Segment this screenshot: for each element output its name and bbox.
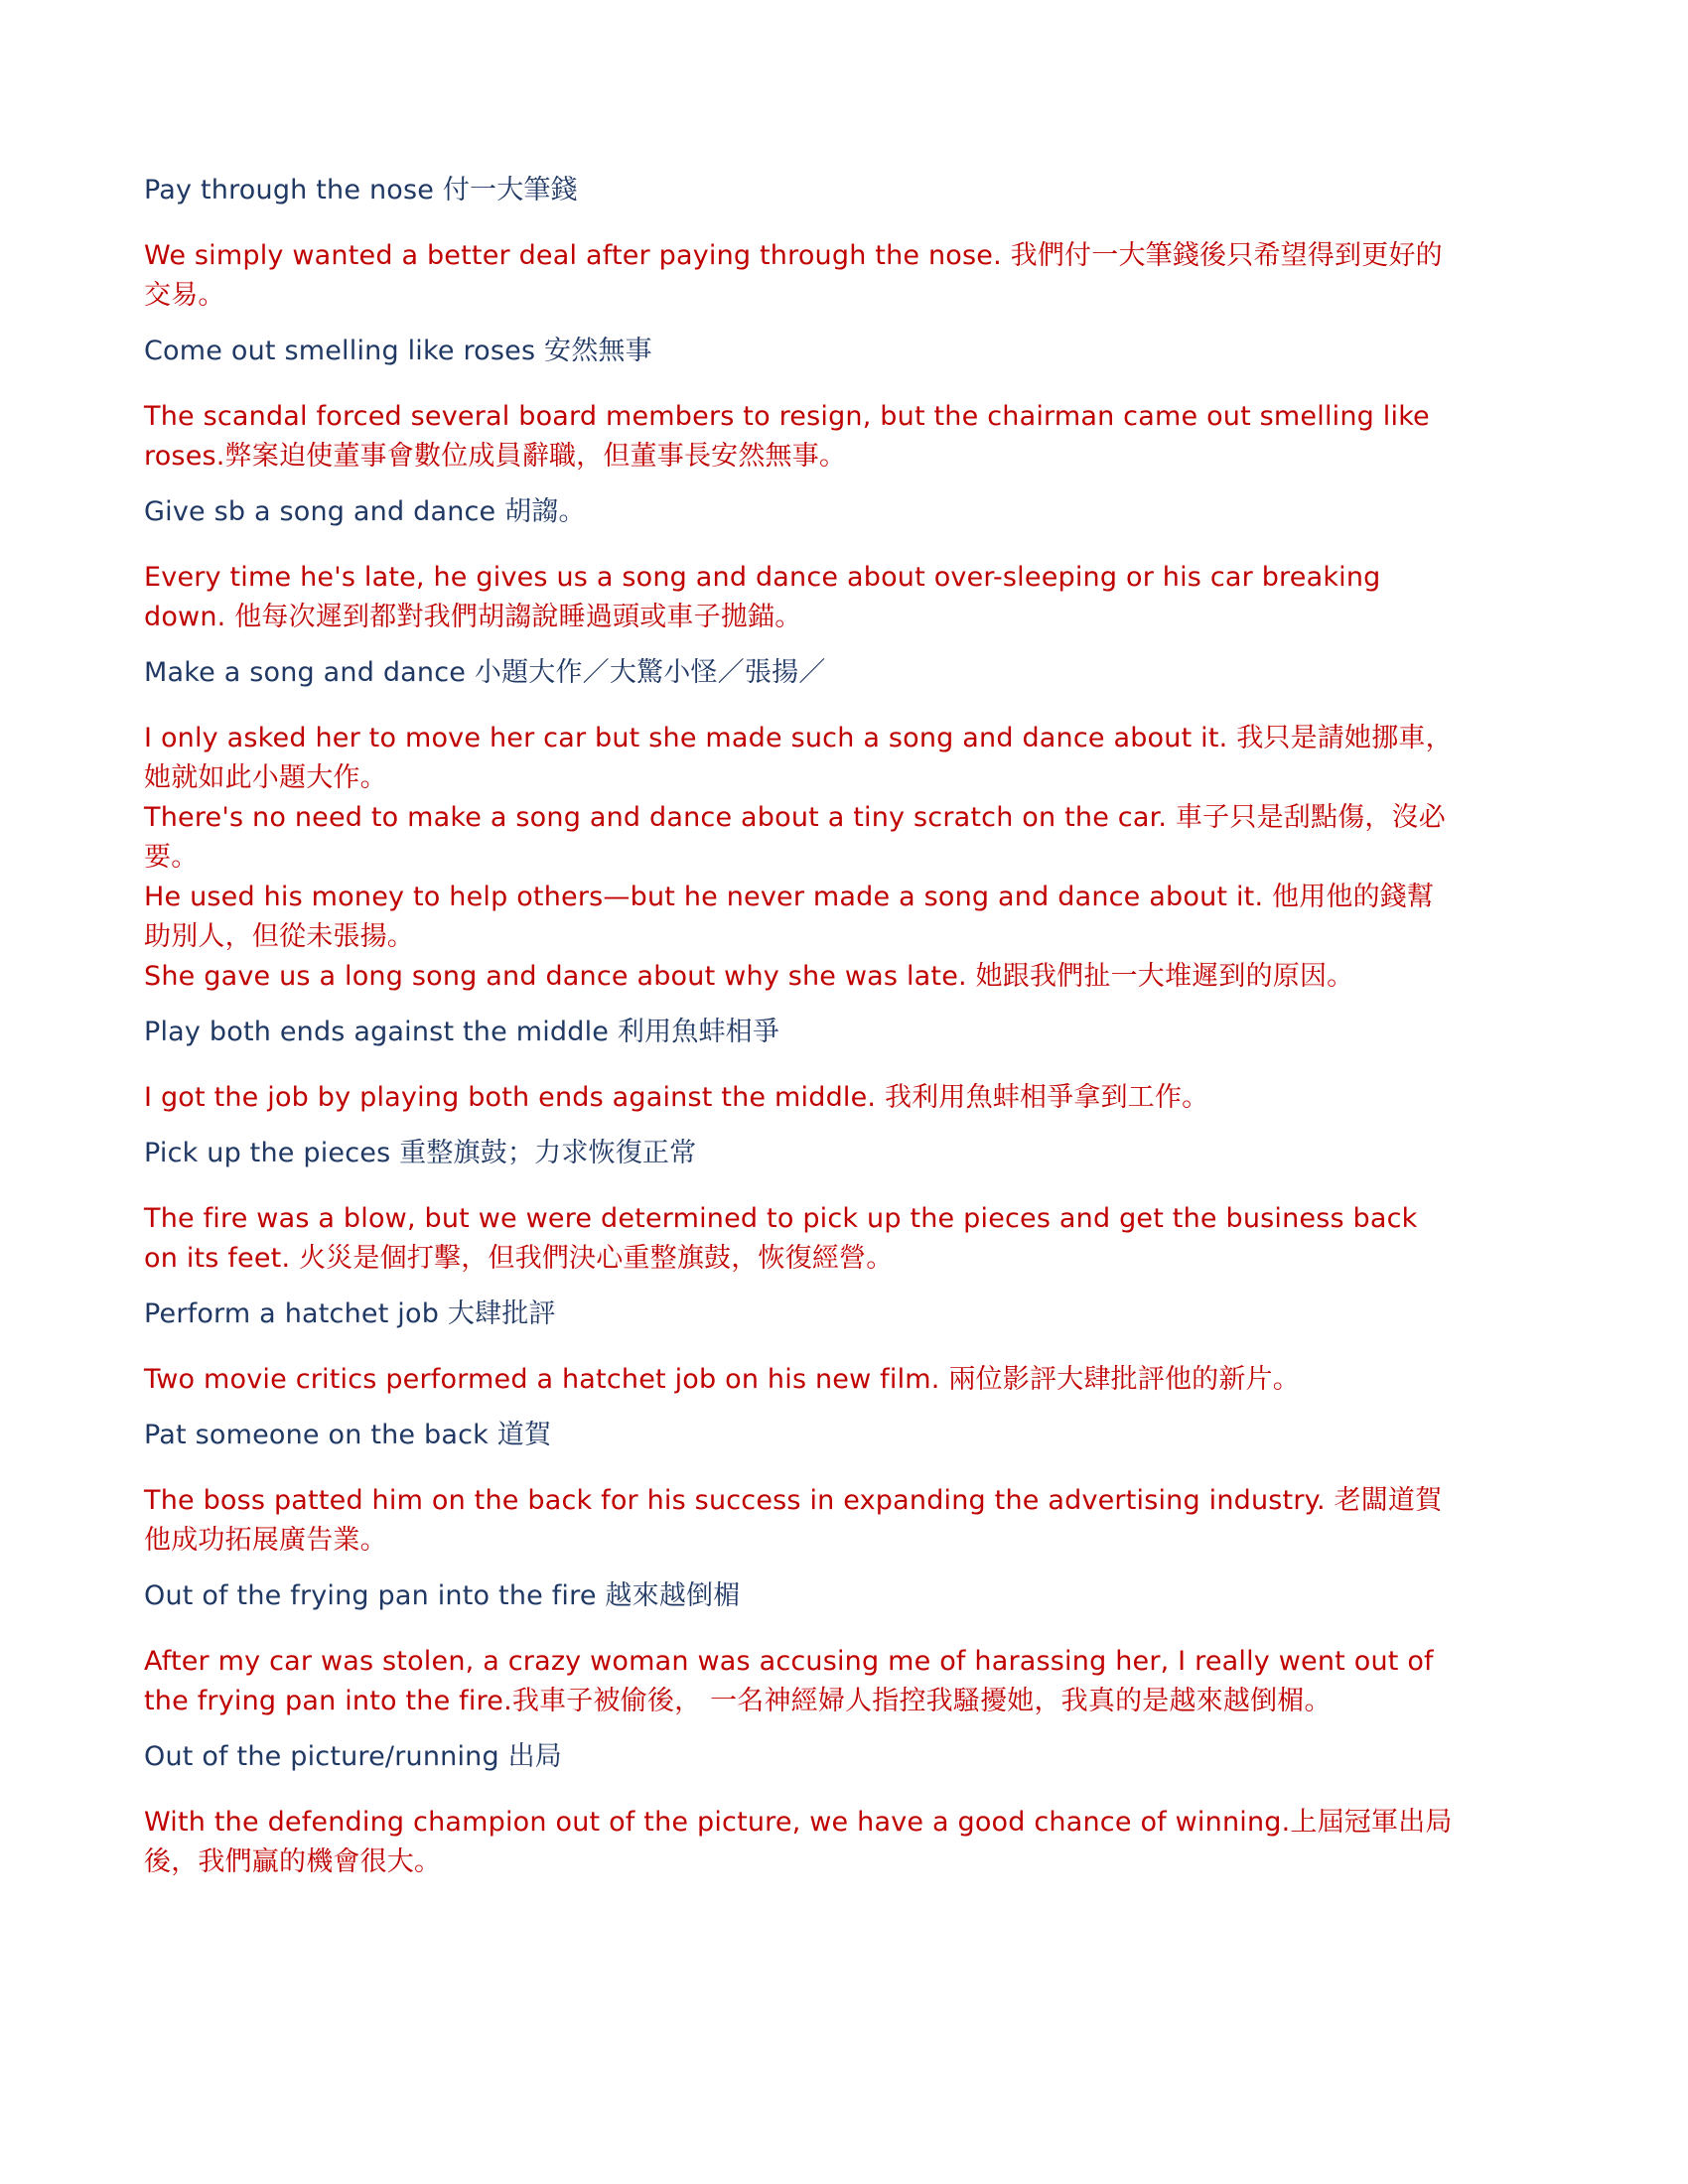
idiom-heading: Give sb a song and dance 胡謅。 bbox=[144, 492, 1460, 532]
idiom-heading: Play both ends against the middle 利用魚蚌相爭 bbox=[144, 1013, 1460, 1052]
example-sentence: After my car was stolen, a crazy woman w… bbox=[144, 1642, 1460, 1721]
idiom-heading: Make a song and dance 小題大作／大驚小怪／張揚／ bbox=[144, 653, 1460, 693]
idiom-heading: Come out smelling like roses 安然無事 bbox=[144, 332, 1460, 371]
document-page: Pay through the nose 付一大筆錢 We simply wan… bbox=[0, 0, 1688, 2184]
idiom-section: Make a song and dance 小題大作／大驚小怪／張揚／ I on… bbox=[144, 653, 1460, 997]
idiom-section: Out of the frying pan into the fire 越來越倒… bbox=[144, 1576, 1460, 1721]
example-sentence: With the defending champion out of the p… bbox=[144, 1803, 1460, 1882]
idiom-heading: Pick up the pieces 重整旗鼓；力求恢復正常 bbox=[144, 1134, 1460, 1173]
example-sentence: She gave us a long song and dance about … bbox=[144, 957, 1460, 997]
idiom-section: Pat someone on the back 道賀 The boss patt… bbox=[144, 1416, 1460, 1561]
example-sentence: We simply wanted a better deal after pay… bbox=[144, 236, 1460, 316]
idiom-heading: Perform a hatchet job 大肆批評 bbox=[144, 1295, 1460, 1334]
idiom-section: Pick up the pieces 重整旗鼓；力求恢復正常 The fire … bbox=[144, 1134, 1460, 1279]
example-sentence: I only asked her to move her car but she… bbox=[144, 719, 1460, 798]
example-sentence: He used his money to help others—but he … bbox=[144, 878, 1460, 957]
example-sentence: There's no need to make a song and dance… bbox=[144, 798, 1460, 878]
example-sentence: Two movie critics performed a hatchet jo… bbox=[144, 1360, 1460, 1400]
idiom-section: Come out smelling like roses 安然無事 The sc… bbox=[144, 332, 1460, 477]
idiom-heading: Out of the picture/running 出局 bbox=[144, 1737, 1460, 1777]
example-sentence: I got the job by playing both ends again… bbox=[144, 1078, 1460, 1118]
idiom-heading: Pat someone on the back 道賀 bbox=[144, 1416, 1460, 1455]
example-sentence: The boss patted him on the back for his … bbox=[144, 1481, 1460, 1561]
example-sentence: Every time he's late, he gives us a song… bbox=[144, 558, 1460, 637]
idiom-section: Give sb a song and dance 胡謅。 Every time … bbox=[144, 492, 1460, 637]
idiom-heading: Pay through the nose 付一大筆錢 bbox=[144, 171, 1460, 210]
idiom-heading: Out of the frying pan into the fire 越來越倒… bbox=[144, 1576, 1460, 1616]
idiom-section: Perform a hatchet job 大肆批評 Two movie cri… bbox=[144, 1295, 1460, 1400]
idiom-section: Play both ends against the middle 利用魚蚌相爭… bbox=[144, 1013, 1460, 1118]
example-sentence: The fire was a blow, but we were determi… bbox=[144, 1199, 1460, 1279]
idiom-section: Out of the picture/running 出局 With the d… bbox=[144, 1737, 1460, 1882]
idiom-section: Pay through the nose 付一大筆錢 We simply wan… bbox=[144, 171, 1460, 316]
example-sentence: The scandal forced several board members… bbox=[144, 397, 1460, 477]
